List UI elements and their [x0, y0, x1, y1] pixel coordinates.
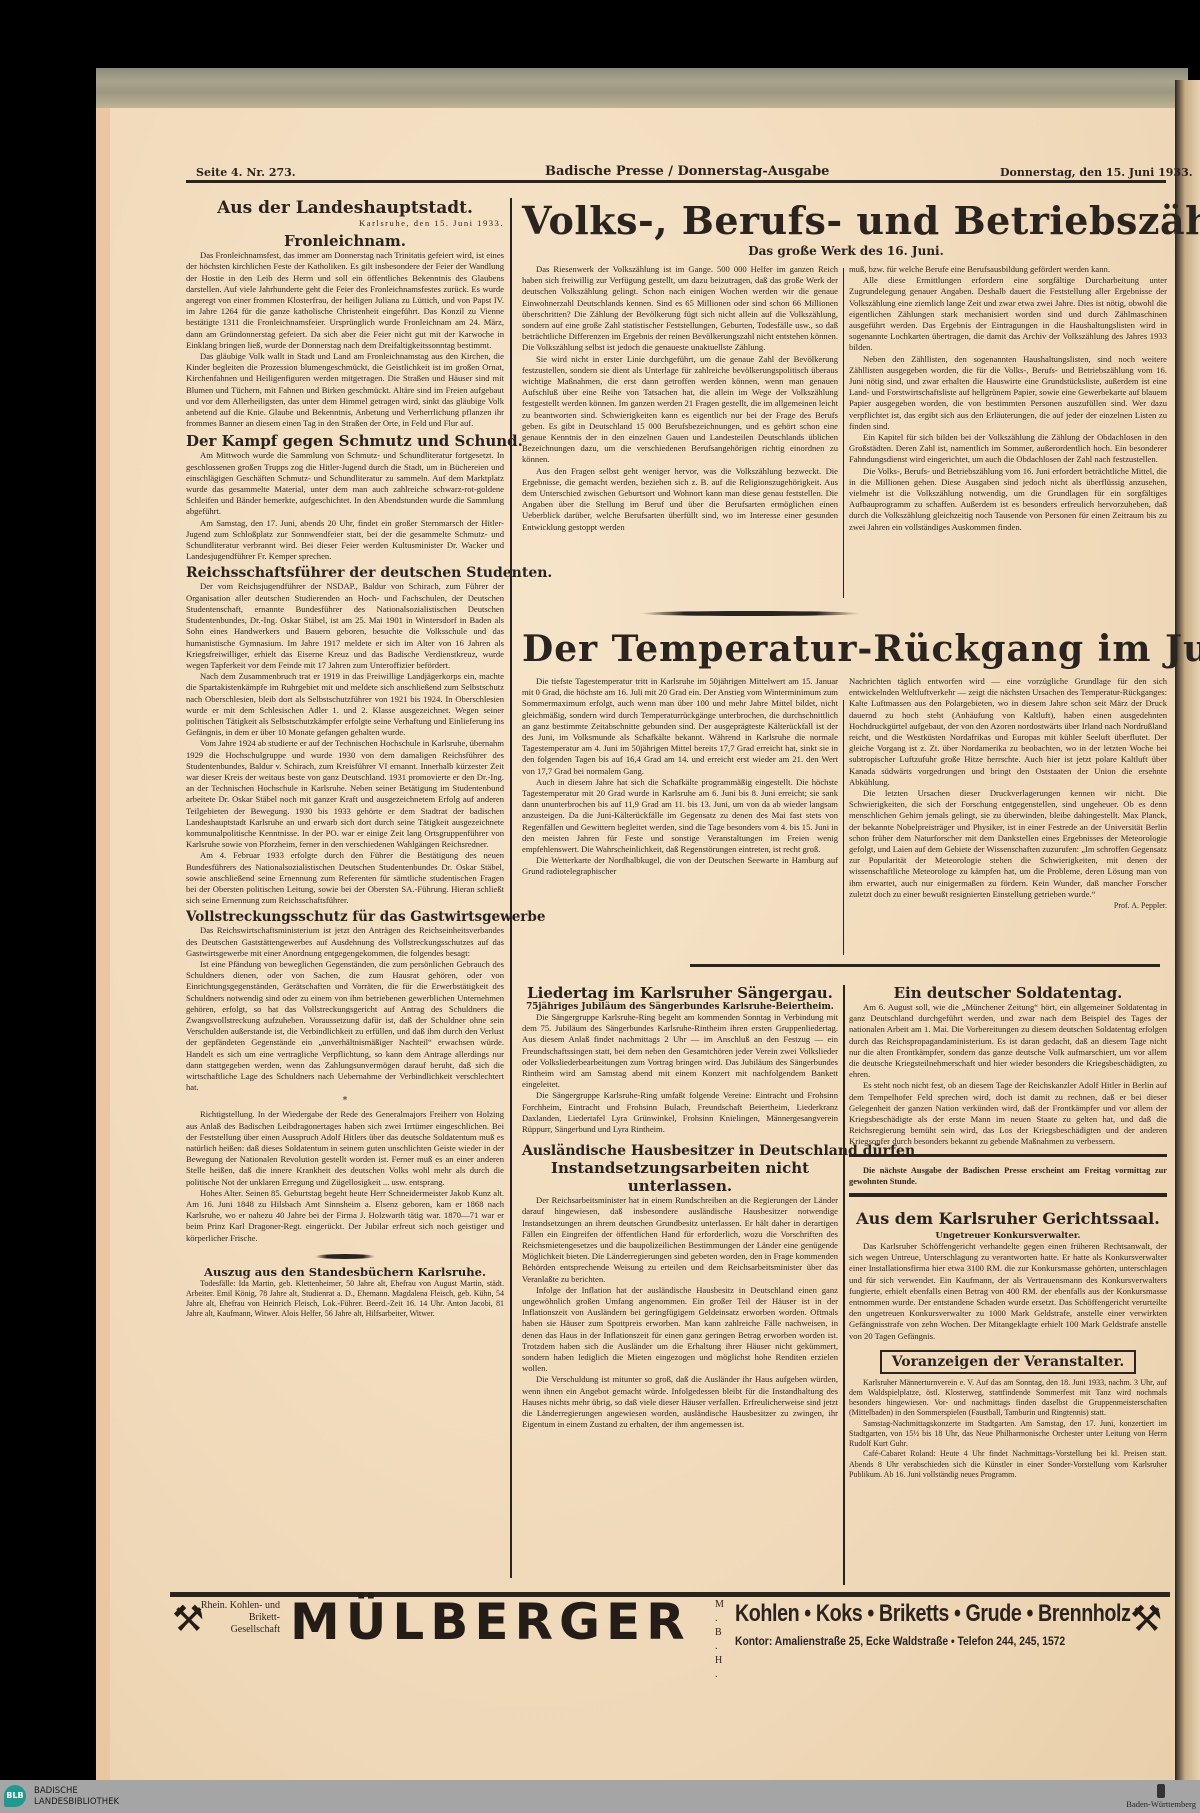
paragraph: Es steht noch nicht fest, ob an diesem T… [849, 1080, 1167, 1147]
dateline: Karlsruhe, den 15. Juni 1933. [186, 218, 504, 229]
paragraph: Am 4. Februar 1933 erfolgte durch den Fü… [186, 850, 504, 906]
census-subheadline: Das große Werk des 16. Juni. [522, 244, 1170, 258]
paragraph: Das Fronleichnamsfest, das immer am Donn… [186, 250, 504, 351]
article-title: Auszug aus den Standesbüchern Karlsruhe. [186, 1265, 504, 1279]
census-headline: Volks-, Berufs- und Betriebszählung. [522, 198, 1170, 243]
library-name-line: LANDESBIBLIOTHEK [34, 1797, 119, 1808]
paragraph: Samstag-Nachmittagskonzerte im Stadtgart… [849, 1419, 1167, 1450]
article-title: Vollstreckungsschutz für das Gastwirtsge… [186, 909, 504, 925]
paragraph: Alle diese Ermittlungen erfordern eine s… [849, 275, 1167, 353]
separator-rule [315, 1254, 375, 1259]
section-rule [690, 964, 1160, 967]
issue-date: Donnerstag, den 15. Juni 1933. [1000, 166, 1193, 179]
paragraph: Die Verschuldung ist mitunter so groß, d… [522, 1374, 838, 1430]
section-title: Aus der Landeshauptstadt. [186, 198, 504, 218]
article-body: Richtigstellung. In der Wiedergabe der R… [186, 1109, 504, 1243]
paragraph: Der Reichsarbeitsminister hat in einem R… [522, 1195, 838, 1285]
paragraph: Infolge der Inflation hat der ausländisc… [522, 1285, 838, 1375]
page-binding-fold [1175, 80, 1200, 1780]
article-body: Das Fronleichnamsfest, das immer am Donn… [186, 250, 504, 429]
paragraph: Das Karlsruher Schöffengericht verhandel… [849, 1241, 1167, 1342]
paragraph: Am Mittwoch wurde die Sammlung von Schmu… [186, 450, 504, 517]
paragraph: Die tiefste Tagestemperatur tritt in Kar… [522, 676, 838, 777]
coal-advertisement: ⚒ Rhein. Kohlen- und Brikett-Gesellschaf… [170, 1594, 1170, 1654]
section-ornament-rule [640, 611, 860, 616]
paragraph: muß, bzw. für welche Berufe eine Berufsa… [849, 264, 1167, 275]
paragraph: Auch in diesem Jahre hat sich die Schafk… [522, 777, 838, 855]
state-logo: Baden-Württemberg [1126, 1784, 1196, 1809]
paragraph: Ist eine Pfändung von beweglichen Gegens… [186, 959, 504, 1093]
temperature-column-1: Die tiefste Tagestemperatur tritt in Kar… [522, 676, 838, 878]
coat-of-arms-icon [1157, 1784, 1165, 1798]
paragraph: Die Volks-, Berufs- und Betriebszählung … [849, 466, 1167, 533]
article-body: Das Karlsruher Schöffengericht verhandel… [849, 1241, 1167, 1342]
column-divider [843, 268, 844, 598]
article-body: Am Mittwoch wurde die Sammlung von Schmu… [186, 450, 504, 562]
article-body: Die Sängergruppe Karlsruhe-Ring begeht a… [522, 1012, 838, 1135]
section-rule [849, 1193, 1167, 1197]
local-news-column: Aus der Landeshauptstadt. Karlsruhe, den… [186, 198, 504, 1319]
paragraph: Karlsruher Männerturnverein e. V. Auf da… [849, 1378, 1167, 1419]
article-title: Liedertag im Karlsruher Sängergau. [522, 984, 838, 1002]
next-issue-notice: Die nächste Ausgabe der Badischen Presse… [849, 1165, 1167, 1187]
census-column-2: muß, bzw. für welche Berufe eine Berufsa… [849, 264, 1167, 533]
article-title: Ein deutscher Soldatentag. [849, 984, 1167, 1002]
paragraph: Der vom Reichsjugendführer der NSDAP., B… [186, 581, 504, 671]
ad-products: Kohlen • Koks • Briketts • Grude • Brenn… [735, 1600, 1131, 1628]
article-subtitle: Ungetreuer Konkursverwalter. [849, 1231, 1167, 1241]
article-body: Das Reichswirtschaftsministerium ist jet… [186, 925, 504, 1093]
paragraph: Richtigstellung. In der Wiedergabe der R… [186, 1109, 504, 1187]
paragraph: Das Reichswirtschaftsministerium ist jet… [186, 925, 504, 959]
census-column-1: Das Riesenwerk der Volkszählung ist im G… [522, 264, 838, 533]
blb-logo-icon: BLB [4, 1785, 26, 1807]
page-edge-stack [96, 68, 1188, 112]
ad-office-address: Kontor: Amalienstraße 25, Ecke Waldstraß… [735, 1634, 1065, 1648]
page-number: Seite 4. Nr. 273. [196, 166, 296, 179]
paragraph: Nachrichten täglich entworfen wird — ein… [849, 676, 1167, 788]
ad-legal-form: M. B. H. [715, 1598, 723, 1682]
right-column: Ein deutscher Soldatentag. Am 6. August … [849, 984, 1167, 1480]
article-subtitle: 75jähriges Jubiläum des Sängerbundes Kar… [522, 1002, 838, 1012]
paragraph: Hohes Alter. Seinen 85. Geburtstag begeh… [186, 1188, 504, 1244]
paragraph: Die Wetterkarte der Nordhalbkugel, die v… [522, 855, 838, 877]
temperature-headline: Der Temperatur-Rückgang im Juni. [522, 628, 1170, 670]
paragraph: Sie wird nicht in erster Linie durchgefü… [522, 354, 838, 466]
paragraph: Am 6. August soll, wie die „Münchener Ze… [849, 1002, 1167, 1080]
article-title: Instandsetzungsarbeiten nicht unterlasse… [522, 1159, 838, 1195]
paragraph: Das Riesenwerk der Volkszählung ist im G… [522, 264, 838, 354]
paragraph: Ein Kapitel für sich bilden bei der Volk… [849, 432, 1167, 466]
article-body: Der vom Reichsjugendführer der NSDAP., B… [186, 581, 504, 906]
paragraph: Todesfälle: Ida Martin, geb. Klettenheim… [186, 1279, 504, 1319]
article-body: Der Reichsarbeitsminister hat in einem R… [522, 1195, 838, 1430]
paragraph: Neben den Zähllisten, den sogenannten Ha… [849, 354, 1167, 432]
library-footer: BLB BADISCHE LANDESBIBLIOTHEK Baden-Würt… [0, 1780, 1200, 1813]
article-title: Aus dem Karlsruher Gerichtssaal. [849, 1209, 1167, 1228]
paragraph: Die Sängergruppe Karlsruhe-Ring begeht a… [522, 1012, 838, 1090]
paragraph: Café-Cabaret Roland: Heute 4 Uhr findet … [849, 1449, 1167, 1480]
library-name-line: BADISCHE [34, 1786, 119, 1797]
paragraph: Nach dem Zusammenbruch trat er 1919 in d… [186, 671, 504, 738]
separator-asterisk-icon: * [186, 1096, 504, 1106]
singers-article: Liedertag im Karlsruher Sängergau. 75jäh… [522, 984, 838, 1431]
column-divider [843, 985, 845, 1585]
column-divider [843, 700, 844, 955]
article-title: Der Kampf gegen Schmutz und Schund. [186, 432, 504, 450]
newspaper-title: Badische Presse / Donnerstag-Ausgabe [545, 164, 829, 179]
events-body: Karlsruher Männerturnverein e. V. Auf da… [849, 1378, 1167, 1480]
section-rule [849, 1154, 1167, 1157]
page-left-margin [96, 108, 110, 1780]
crossed-hammers-icon: ⚒ [1130, 1600, 1162, 1640]
article-title: Ausländische Hausbesitzer in Deutschland… [522, 1143, 838, 1159]
article-title: Fronleichnam. [186, 232, 504, 250]
paragraph: Vom Jahre 1924 ab studierte er auf der T… [186, 738, 504, 850]
ad-brand: MÜLBERGER [290, 1596, 691, 1648]
header-rule [186, 180, 1166, 183]
paragraph: Das gläubige Volk wallt in Stadt und Lan… [186, 351, 504, 429]
article-title: Reichsschaftsführer der deutschen Studen… [186, 565, 504, 581]
ad-company-type: Rhein. Kohlen- und Brikett-Gesellschaft [200, 1600, 280, 1636]
paragraph: Die Sängergruppe Karlsruhe-Ring umfaßt f… [522, 1090, 838, 1135]
paragraph: Am Samstag, den 17. Juni, abends 20 Uhr,… [186, 518, 504, 563]
state-name: Baden-Württemberg [1126, 1799, 1196, 1809]
author-signature: Prof. A. Peppler. [849, 900, 1167, 911]
paragraph: Aus den Fragen selbst geht weniger hervo… [522, 466, 838, 533]
library-name: BADISCHE LANDESBIBLIOTHEK [34, 1786, 119, 1808]
article-body: Am 6. August soll, wie die „Münchener Ze… [849, 1002, 1167, 1148]
paragraph: Die letzten Ursachen dieser Druckverlage… [849, 788, 1167, 900]
paragraph: Die nächste Ausgabe der Badischen Presse… [849, 1165, 1167, 1187]
article-body: Todesfälle: Ida Martin, geb. Klettenheim… [186, 1279, 504, 1319]
temperature-column-2: Nachrichten täglich entworfen wird — ein… [849, 676, 1167, 911]
column-divider [510, 198, 512, 1578]
events-box-title: Voranzeigen der Veranstalter. [880, 1350, 1137, 1374]
